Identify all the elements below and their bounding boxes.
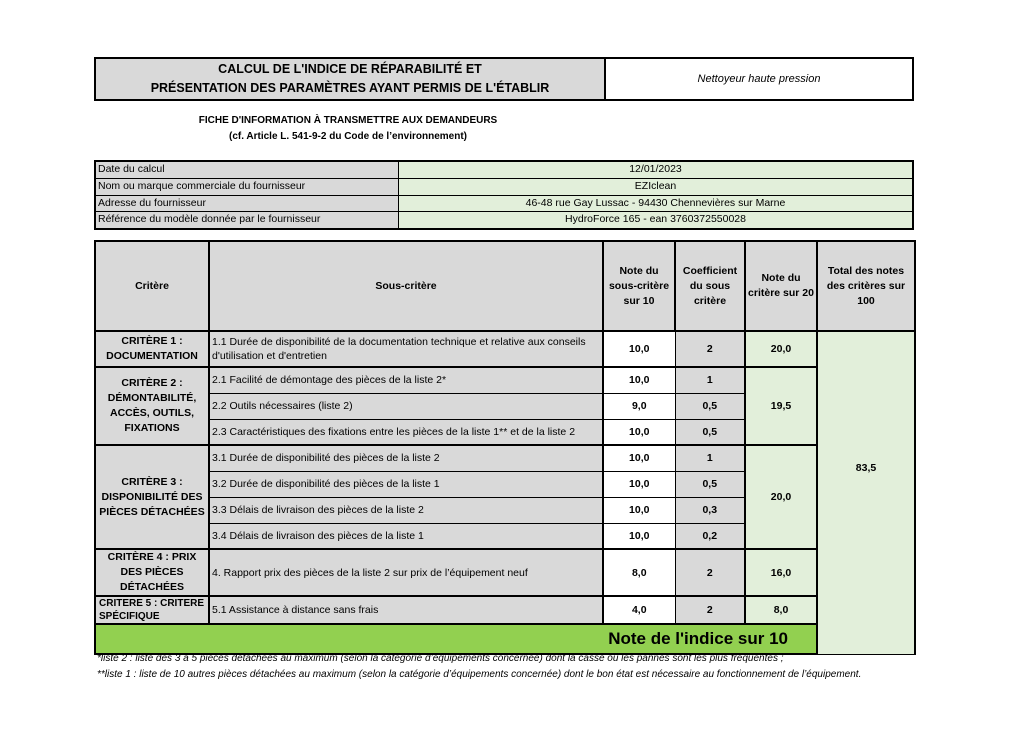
subcriterion-note: 10,0 <box>603 497 675 523</box>
info-row-date: Date du calcul 12/01/2023 <box>96 162 912 179</box>
subcriterion-note: 10,0 <box>603 419 675 445</box>
criterion-note: 8,0 <box>745 596 817 624</box>
table-row: CRITÈRE 1 : DOCUMENTATION 1.1 Durée de d… <box>95 331 915 367</box>
info-row-reference: Référence du modèle donnée par le fourni… <box>96 212 912 228</box>
product-category: Nettoyeur haute pression <box>606 59 912 99</box>
table-row: CRITÈRE 2 : DÉMONTABILITÉ, ACCÈS, OUTILS… <box>95 367 915 393</box>
footnotes: *liste 2 : liste des 3 à 5 pièces détach… <box>97 651 897 683</box>
document-header: CALCUL DE L'INDICE DE RÉPARABILITÉ ET PR… <box>94 57 914 101</box>
subcriterion-note: 10,0 <box>603 523 675 549</box>
subcriterion-coef: 0,5 <box>675 471 745 497</box>
subcriterion-label: 2.3 Caractéristiques des fixations entre… <box>209 419 603 445</box>
subcriterion-note: 10,0 <box>603 367 675 393</box>
subcriterion-label: 5.1 Assistance à distance sans frais <box>209 596 603 624</box>
col-header-note-crit: Note du critère sur 20 <box>745 241 817 331</box>
info-row-brand: Nom ou marque commerciale du fournisseur… <box>96 179 912 196</box>
criterion-label: CRITÈRE 1 : DOCUMENTATION <box>95 331 209 367</box>
info-value: HydroForce 165 - ean 3760372550028 <box>399 212 912 228</box>
col-header-sous-critere: Sous-critère <box>209 241 603 331</box>
table-row: CRITERE 5 : CRITERE SPÉCIFIQUE 5.1 Assis… <box>95 596 915 624</box>
subcriterion-coef: 2 <box>675 549 745 596</box>
subcriterion-coef: 0,5 <box>675 393 745 419</box>
criterion-label: CRITÈRE 2 : DÉMONTABILITÉ, ACCÈS, OUTILS… <box>95 367 209 445</box>
subcriterion-label: 1.1 Durée de disponibilité de la documen… <box>209 331 603 367</box>
subtitle-line-1: FICHE D'INFORMATION À TRANSMETTRE AUX DE… <box>94 113 602 129</box>
final-score-row: Note de l'indice sur 10 8,4 <box>95 624 915 654</box>
info-label: Date du calcul <box>96 162 399 178</box>
title-line-2: PRÉSENTATION DES PARAMÈTRES AYANT PERMIS… <box>151 79 550 98</box>
title-line-1: CALCUL DE L'INDICE DE RÉPARABILITÉ ET <box>218 60 482 79</box>
subcriterion-label: 3.1 Durée de disponibilité des pièces de… <box>209 445 603 471</box>
subcriterion-coef: 2 <box>675 331 745 367</box>
info-label: Adresse du fournisseur <box>96 196 399 212</box>
info-value: 12/01/2023 <box>399 162 912 178</box>
col-header-coef: Coefficient du sous critère <box>675 241 745 331</box>
repairability-table: Critère Sous-critère Note du sous-critèr… <box>94 240 916 655</box>
subtitle: FICHE D'INFORMATION À TRANSMETTRE AUX DE… <box>94 113 602 145</box>
criterion-label: CRITERE 5 : CRITERE SPÉCIFIQUE <box>95 596 209 624</box>
total-score: 83,5 <box>817 331 915 654</box>
info-label: Référence du modèle donnée par le fourni… <box>96 212 399 228</box>
subcriterion-label: 2.1 Facilité de démontage des pièces de … <box>209 367 603 393</box>
criterion-note: 19,5 <box>745 367 817 445</box>
document-title: CALCUL DE L'INDICE DE RÉPARABILITÉ ET PR… <box>96 59 606 99</box>
subcriterion-coef: 0,5 <box>675 419 745 445</box>
info-row-address: Adresse du fournisseur 46-48 rue Gay Lus… <box>96 196 912 213</box>
subcriterion-note: 4,0 <box>603 596 675 624</box>
subcriterion-label: 2.2 Outils nécessaires (liste 2) <box>209 393 603 419</box>
subcriterion-coef: 1 <box>675 367 745 393</box>
subcriterion-note: 10,0 <box>603 445 675 471</box>
subcriterion-label: 4. Rapport prix des pièces de la liste 2… <box>209 549 603 596</box>
subcriterion-note: 9,0 <box>603 393 675 419</box>
subcriterion-note: 8,0 <box>603 549 675 596</box>
criterion-label: CRITÈRE 4 : PRIX DES PIÈCES DÉTACHÉES <box>95 549 209 596</box>
criterion-note: 20,0 <box>745 331 817 367</box>
subcriterion-note: 10,0 <box>603 331 675 367</box>
table-row: CRITÈRE 4 : PRIX DES PIÈCES DÉTACHÉES 4.… <box>95 549 915 596</box>
subcriterion-label: 3.2 Durée de disponibilité des pièces de… <box>209 471 603 497</box>
subcriterion-coef: 0,3 <box>675 497 745 523</box>
subtitle-line-2: (cf. Article L. 541-9-2 du Code de l’env… <box>94 129 602 145</box>
subcriterion-coef: 1 <box>675 445 745 471</box>
col-header-total: Total des notes des critères sur 100 <box>817 241 915 331</box>
info-label: Nom ou marque commerciale du fournisseur <box>96 179 399 195</box>
subcriterion-label: 3.4 Délais de livraison des pièces de la… <box>209 523 603 549</box>
info-value: EZIclean <box>399 179 912 195</box>
subcriterion-label: 3.3 Délais de livraison des pièces de la… <box>209 497 603 523</box>
subcriterion-coef: 0,2 <box>675 523 745 549</box>
footnote-liste-1: **liste 1 : liste de 10 autres pièces dé… <box>97 667 897 683</box>
supplier-info-table: Date du calcul 12/01/2023 Nom ou marque … <box>94 160 914 230</box>
criterion-label: CRITÈRE 3 : DISPONIBILITÉ DES PIÈCES DÉT… <box>95 445 209 549</box>
criterion-note: 16,0 <box>745 549 817 596</box>
col-header-note-sous: Note du sous-critère sur 10 <box>603 241 675 331</box>
subcriterion-note: 10,0 <box>603 471 675 497</box>
footnote-liste-2: *liste 2 : liste des 3 à 5 pièces détach… <box>97 651 897 667</box>
table-header-row: Critère Sous-critère Note du sous-critèr… <box>95 241 915 331</box>
info-value: 46-48 rue Gay Lussac - 94430 Chennevière… <box>399 196 912 212</box>
criterion-note: 20,0 <box>745 445 817 549</box>
final-score-label: Note de l'indice sur 10 <box>95 624 817 654</box>
table-row: CRITÈRE 3 : DISPONIBILITÉ DES PIÈCES DÉT… <box>95 445 915 471</box>
subcriterion-coef: 2 <box>675 596 745 624</box>
col-header-critere: Critère <box>95 241 209 331</box>
